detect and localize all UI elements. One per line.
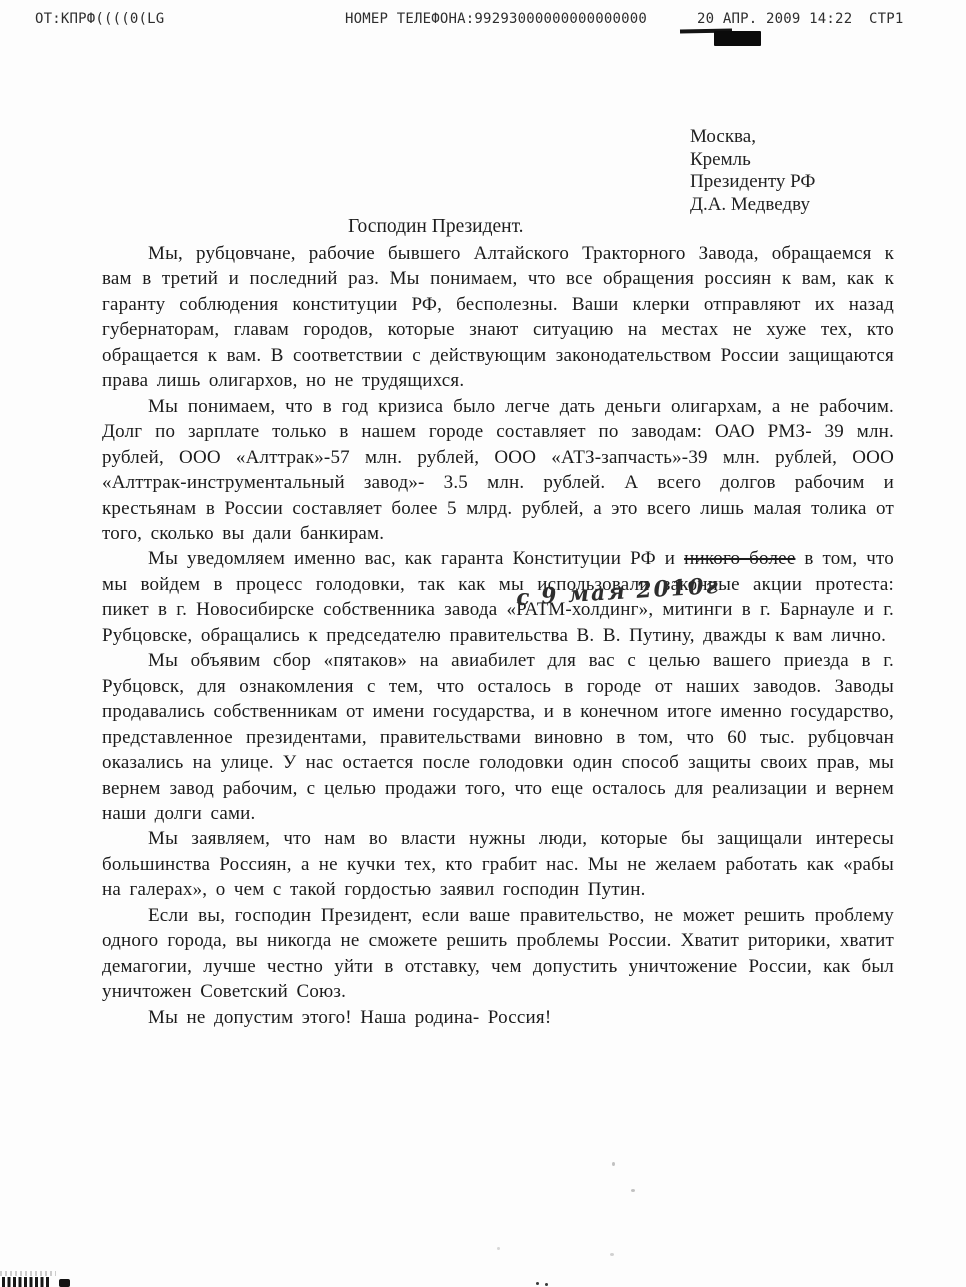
recipient-city: Москва, xyxy=(690,126,815,149)
paragraph-3-text: Мы уведомляем именно вас, как гаранта Ко… xyxy=(148,548,684,569)
letter-paragraph-6: Если вы, господин Президент, если ваше п… xyxy=(102,903,894,1005)
letter-paragraph-4: Мы объявим сбор «пятаков» на авиабилет д… xyxy=(102,648,894,826)
scan-artifact-dots xyxy=(536,1282,539,1285)
scan-artifact-smudge xyxy=(0,1271,56,1276)
recipient-address-block: Москва, Кремль Президенту РФ Д.А. Медвед… xyxy=(690,126,815,216)
scan-speck xyxy=(610,1253,614,1256)
letter-paragraph-2: Мы понимаем, что в год кризиса было легч… xyxy=(102,394,894,547)
letter-paragraph-3: Мы уведомляем именно вас, как гаранта Ко… xyxy=(102,546,894,648)
strikethrough-text: никого более xyxy=(684,548,795,569)
fax-page-number: СТР1 xyxy=(869,11,904,27)
recipient-name: Д.А. Медведву xyxy=(690,194,815,217)
fax-phone-number: НОМЕР ТЕЛЕФОНА:99293000000000000000 xyxy=(345,11,647,27)
letter-paragraph-7: Мы не допустим этого! Наша родина- Росси… xyxy=(102,1005,894,1030)
letter-paragraph-5: Мы заявляем, что нам во власти нужны люд… xyxy=(102,826,894,902)
scan-artifact-hatch-marks xyxy=(2,1277,50,1287)
scan-artifact-blob xyxy=(59,1279,70,1287)
ink-blot-mark xyxy=(714,31,761,46)
scan-speck xyxy=(612,1162,615,1166)
fax-datetime: 20 АПР. 2009 14:22 xyxy=(697,11,852,27)
recipient-place: Кремль xyxy=(690,149,815,172)
scan-speck xyxy=(631,1189,635,1192)
letter-paragraph-1: Мы, рубцовчане, рабочие бывшего Алтайско… xyxy=(102,241,894,394)
letter-body: Мы, рубцовчане, рабочие бывшего Алтайско… xyxy=(102,241,894,1030)
salutation: Господин Президент. xyxy=(348,216,524,238)
recipient-title: Президенту РФ xyxy=(690,171,815,194)
fax-sender-id: ОТ:КПРФ((((0(LG xyxy=(35,11,164,27)
scan-speck xyxy=(497,1247,500,1250)
scanned-fax-letter-page: ОТ:КПРФ((((0(LG НОМЕР ТЕЛЕФОНА:992930000… xyxy=(0,0,966,1287)
